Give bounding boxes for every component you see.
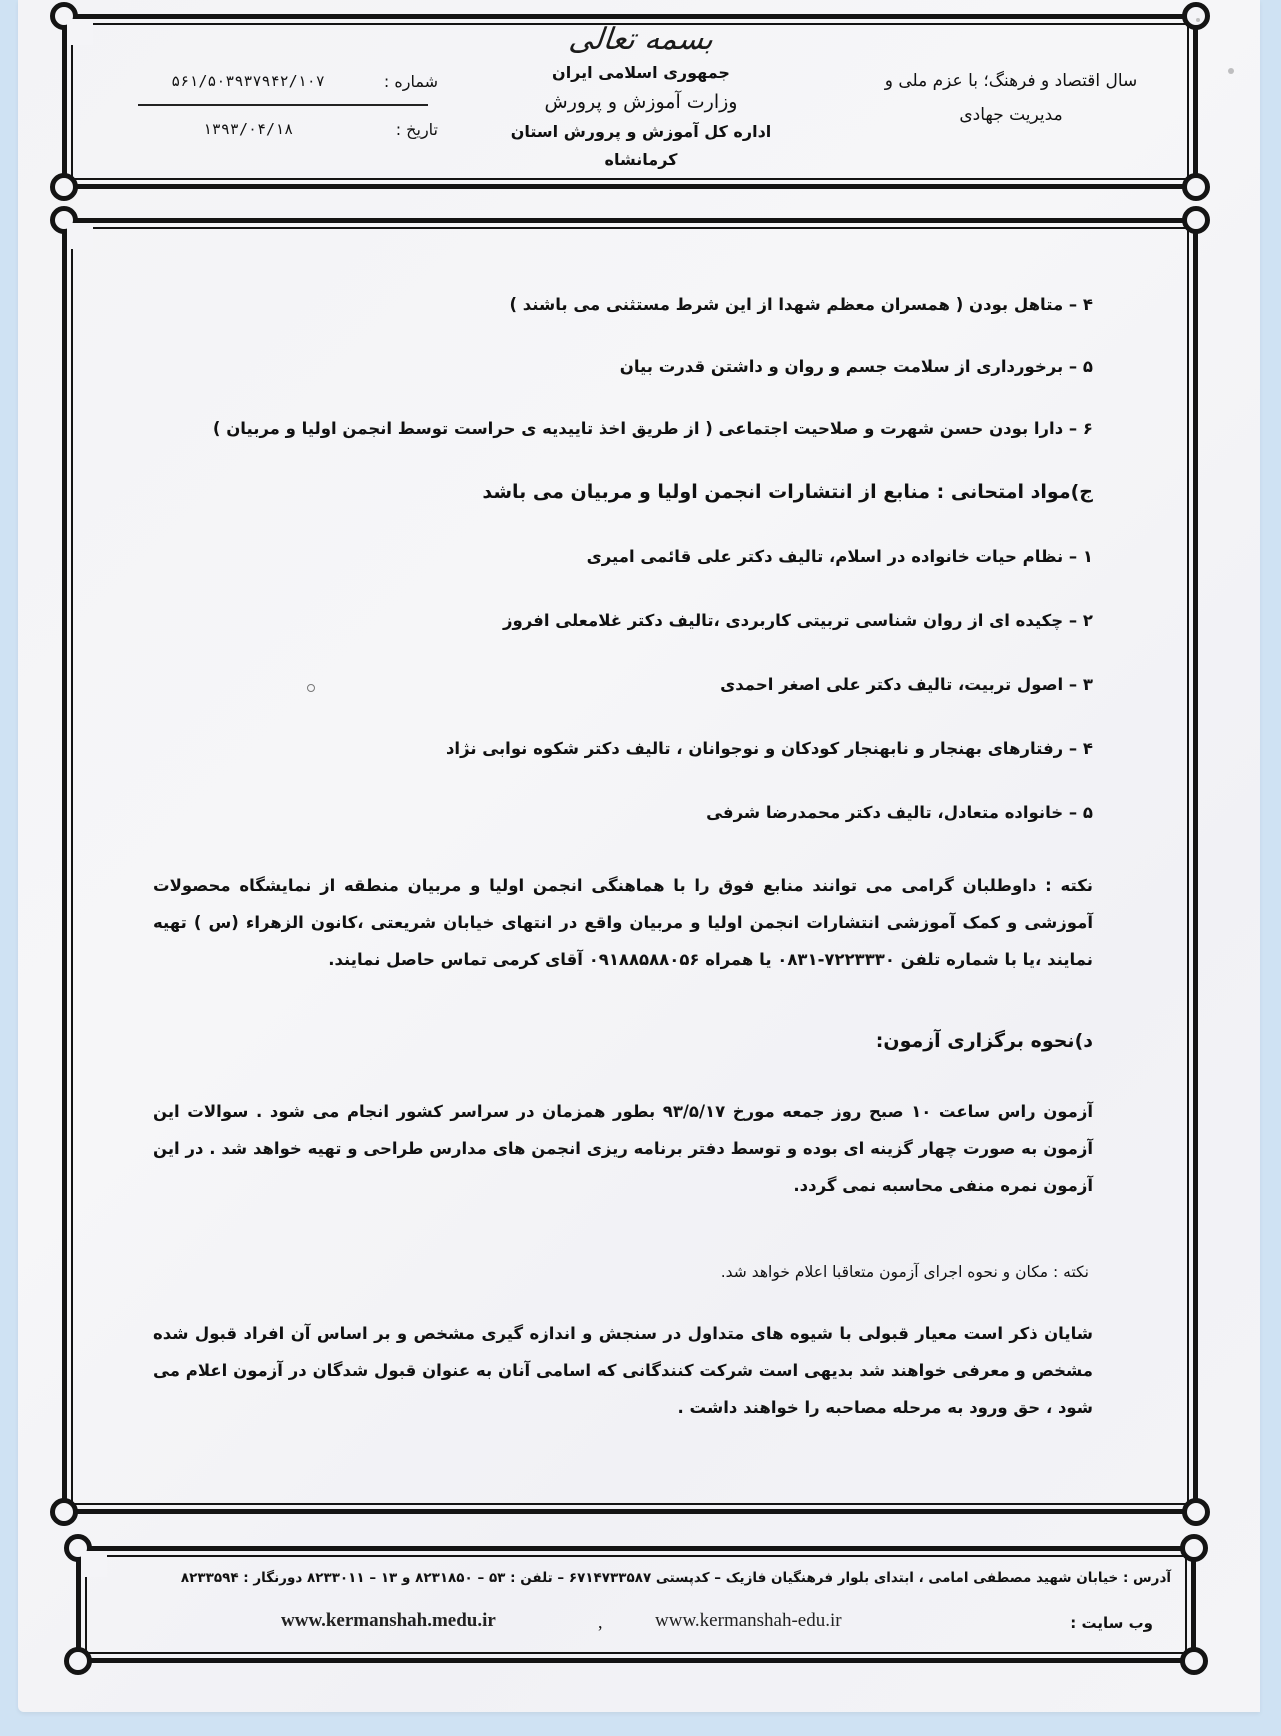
letter-number-value: ۵۶۱/۵۰۳۹۳۷۹۴۲/۱۰۷ (138, 72, 358, 90)
section-d-heading: د)نحوه برگزاری آزمون: (876, 1030, 1093, 1052)
country-name: جمهوری اسلامی ایران (476, 60, 806, 86)
condition-item-6: ۶ – دارا بودن حسن شهرت و صلاحیت اجتماعی … (213, 419, 1093, 438)
letter-number-row: شماره : ۵۶۱/۵۰۳۹۳۷۹۴۲/۱۰۷ (138, 66, 438, 96)
year-motto-line1: سال اقتصاد و فرهنگ؛ با عزم ملی و (841, 64, 1181, 98)
source-item-3: ۳ – اصول تربیت، تالیف دکتر علی اصغر احمد… (720, 675, 1093, 694)
year-motto-line2: مدیریت جهادی (841, 98, 1181, 132)
basmala-calligraphy: بسمه تعالی (474, 20, 808, 60)
ministry-name: وزارت آموزش و پرورش (476, 86, 806, 118)
metadata-divider (138, 104, 428, 106)
letter-date-value: ۱۳۹۳/۰۴/۱۸ (138, 120, 358, 138)
letter-date-row: تاریخ : ۱۳۹۳/۰۴/۱۸ (138, 114, 438, 144)
section-c-heading: ج)مواد امتحانی : منابع از انتشارات انجمن… (482, 481, 1093, 503)
source-item-5: ۵ – خانواده متعادل، تالیف دکتر محمدرضا ش… (706, 803, 1093, 822)
condition-item-5: ۵ – برخورداری از سلامت جسم و روان و داشت… (620, 357, 1093, 376)
letterhead-title-block: بسمه تعالی جمهوری اسلامی ایران وزارت آمو… (476, 20, 806, 174)
exam-details-paragraph: آزمون راس ساعت ۱۰ صبح روز جمعه مورخ ۹۳/۵… (153, 1093, 1093, 1204)
year-motto: سال اقتصاد و فرهنگ؛ با عزم ملی و مدیریت … (841, 64, 1181, 132)
scan-speck (1196, 18, 1200, 22)
note-sources-paragraph: نکته : داوطلبان گرامی می توانند منابع فو… (153, 867, 1093, 978)
website-label: وب سایت : (1070, 1614, 1153, 1632)
department-name: اداره کل آموزش و پرورش استان کرمانشاه (476, 118, 806, 174)
website-separator: , (598, 1612, 603, 1633)
note-location: نکته : مکان و نحوه اجرای آزمون متعاقبا ا… (721, 1263, 1089, 1281)
footer-frame (76, 1546, 1196, 1663)
source-item-2: ۲ – چکیده ای از روان شناسی تربیتی کاربرد… (503, 611, 1093, 630)
letter-metadata: شماره : ۵۶۱/۵۰۳۹۳۷۹۴۲/۱۰۷ تاریخ : ۱۳۹۳/۰… (138, 66, 438, 144)
condition-item-4: ۴ – متاهل بودن ( همسران معظم شهدا از این… (509, 295, 1093, 314)
source-item-1: ۱ – نظام حیات خانواده در اسلام، تالیف دک… (587, 547, 1093, 566)
website-link-edu[interactable]: www.kermanshah-edu.ir (655, 1610, 842, 1632)
scan-speck (1228, 68, 1234, 74)
website-link-medu[interactable]: www.kermanshah.medu.ir (281, 1610, 496, 1632)
scan-ring-mark (307, 684, 315, 692)
letter-date-label: تاریخ : (358, 120, 438, 139)
source-item-4: ۴ – رفتارهای بهنجار و نابهنجار کودکان و … (446, 739, 1093, 758)
letter-number-label: شماره : (358, 72, 438, 91)
acceptance-paragraph: شایان ذکر است معیار قبولی با شیوه های مت… (153, 1315, 1093, 1426)
footer-address: آدرس : خیابان شهید مصطفی امامی ، ابتدای … (121, 1570, 1171, 1586)
